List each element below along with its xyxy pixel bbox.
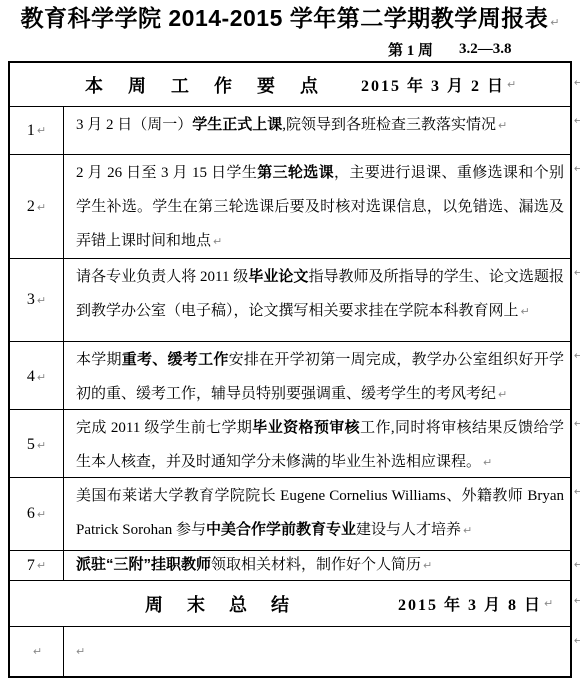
table-row: 6↵ 美国布莱诺大学教育学院院长 Eugene Cornelius Willia… <box>10 477 570 550</box>
return-mark-icon: ↵ <box>498 388 507 401</box>
row-number: 4 <box>27 368 35 386</box>
body-text: 本学期 <box>76 352 122 368</box>
emphasis-text: 中美合作学前教育专业 <box>206 521 356 538</box>
return-mark-icon: ↵ <box>550 16 559 29</box>
return-mark-icon: ↵ <box>37 201 46 214</box>
row-content: 完成 2011 级学生前七学期毕业资格预审核工作,同时将审核结果反馈给学生本人核… <box>64 410 570 480</box>
row-number: 7 <box>27 557 35 575</box>
document-page: 教育科学学院 2014-2015 学年第二学期教学周报表↵ 第 1 周 3.2—… <box>0 0 580 694</box>
return-mark-icon: ↵ <box>213 235 222 248</box>
emphasis-text: 重考、缓考工作 <box>122 351 229 368</box>
return-mark-icon: ↵ <box>574 115 580 126</box>
row-number-cell: 4↵ <box>10 342 64 412</box>
return-mark-icon: ↵ <box>507 78 516 91</box>
weekly-report-table: 本周工作要点 2015 年 3 月 2 日 ↵ ↵ 1↵ 3 月 2 日（周一）… <box>8 61 572 678</box>
week-info: 第 1 周 3.2—3.8 <box>0 38 580 60</box>
week-header-date: 2015 年 3 月 2 日 <box>361 73 505 96</box>
return-mark-icon: ↵ <box>574 486 580 497</box>
return-mark-icon: ↵ <box>37 508 46 521</box>
row-content: 美国布莱诺大学教育学院院长 Eugene Cornelius Williams、… <box>64 478 570 550</box>
row-content: 派驻“三附”挂职教师领取相关材料，制作好个人简历↵ <box>64 551 570 580</box>
week-number-label: 第 1 周 <box>388 39 433 60</box>
body-text: 3 月 2 日（周一） <box>76 117 192 133</box>
return-mark-icon: ↵ <box>574 163 580 174</box>
emphasis-text: 学生正式上课 <box>192 116 282 133</box>
row-number: 5 <box>27 436 35 454</box>
table-row: 2↵ 2 月 26 日至 3 月 15 日学生第三轮选课，主要进行退课、重修选课… <box>10 154 570 258</box>
return-mark-icon: ↵ <box>37 559 46 572</box>
row-number-cell: 2↵ <box>10 155 64 259</box>
title-line: 教育科学学院 2014-2015 学年第二学期教学周报表↵ <box>0 0 580 38</box>
return-mark-icon: ↵ <box>76 635 85 669</box>
body-text: 领取相关材料，制作好个人简历 <box>211 557 421 573</box>
return-mark-icon: ↵ <box>37 124 46 137</box>
return-mark-icon: ↵ <box>37 371 46 384</box>
table-row: 3↵ 请各专业负责人将 2011 级毕业论文指导教师及所指导的学生、论文选题报到… <box>10 258 570 341</box>
return-mark-icon: ↵ <box>483 456 492 469</box>
body-text: 建设与人才培养 <box>356 522 461 538</box>
return-mark-icon: ↵ <box>544 597 553 610</box>
body-text: 请各专业负责人将 2011 级 <box>76 269 248 285</box>
row-number: 6 <box>27 505 35 523</box>
row-number-cell: 3↵ <box>10 259 64 341</box>
row-number: 1 <box>27 122 35 140</box>
return-mark-icon: ↵ <box>521 305 530 318</box>
return-mark-icon: ↵ <box>37 439 46 452</box>
return-mark-icon: ↵ <box>423 559 432 572</box>
return-mark-icon: ↵ <box>574 595 580 606</box>
emphasis-text: 第三轮选课 <box>257 164 334 181</box>
empty-row: ↵ ↵ ↵ <box>10 626 570 676</box>
return-mark-icon: ↵ <box>574 418 580 429</box>
emphasis-text: 派驻“三附”挂职教师 <box>76 556 211 573</box>
row-number: 3 <box>27 291 35 309</box>
week-date-range: 3.2—3.8 <box>459 41 512 58</box>
return-mark-icon: ↵ <box>498 119 507 132</box>
row-content: 请各专业负责人将 2011 级毕业论文指导教师及所指导的学生、论文选题报到教学办… <box>64 259 570 341</box>
page-title: 教育科学学院 2014-2015 学年第二学期教学周报表 <box>21 5 549 31</box>
row-number-cell: ↵ <box>10 627 64 676</box>
row-content: 本学期重考、缓考工作安排在开学初第一周完成，教学办公室组织好开学初的重、缓考工作… <box>64 342 570 412</box>
row-number-cell: 1↵ <box>10 107 64 154</box>
return-mark-icon: ↵ <box>463 524 472 537</box>
table-row: 4↵ 本学期重考、缓考工作安排在开学初第一周完成，教学办公室组织好开学初的重、缓… <box>10 341 570 409</box>
body-text: 2 月 26 日至 3 月 15 日学生 <box>76 165 257 181</box>
table-row: 7↵ 派驻“三附”挂职教师领取相关材料，制作好个人简历↵ ↵ <box>10 550 570 580</box>
return-mark-icon: ↵ <box>574 267 580 278</box>
body-text: 完成 2011 级学生前七学期 <box>76 420 252 436</box>
return-mark-icon: ↵ <box>33 645 42 658</box>
return-mark-icon: ↵ <box>574 350 580 361</box>
week-header-row: 本周工作要点 2015 年 3 月 2 日 ↵ ↵ <box>10 63 570 106</box>
emphasis-text: 毕业资格预审核 <box>252 419 360 436</box>
emphasis-text: 毕业论文 <box>248 268 308 285</box>
row-number-cell: 5↵ <box>10 410 64 480</box>
weekend-header-row: 周末总结 2015 年 3 月 8 日 ↵ ↵ <box>10 580 570 626</box>
row-number: 2 <box>27 198 35 216</box>
row-content: 2 月 26 日至 3 月 15 日学生第三轮选课，主要进行退课、重修选课和个别… <box>64 155 570 259</box>
return-mark-icon: ↵ <box>37 294 46 307</box>
table-row: 1↵ 3 月 2 日（周一）学生正式上课,院领导到各班检查三教落实情况↵ ↵ <box>10 106 570 154</box>
weekend-header-title: 周末总结 <box>145 591 313 617</box>
week-header-title: 本周工作要点 <box>85 72 343 98</box>
row-content: 3 月 2 日（周一）学生正式上课,院领导到各班检查三教落实情况↵ <box>64 107 570 154</box>
return-mark-icon: ↵ <box>574 559 580 570</box>
row-number-cell: 7↵ <box>10 551 64 580</box>
row-number-cell: 6↵ <box>10 478 64 550</box>
return-mark-icon: ↵ <box>574 77 580 88</box>
table-row: 5↵ 完成 2011 级学生前七学期毕业资格预审核工作,同时将审核结果反馈给学生… <box>10 409 570 477</box>
row-content: ↵ <box>64 627 570 676</box>
weekend-header-date: 2015 年 3 月 8 日 <box>398 592 542 615</box>
return-mark-icon: ↵ <box>574 635 580 646</box>
body-text: ,院领导到各班检查三教落实情况 <box>282 117 496 133</box>
